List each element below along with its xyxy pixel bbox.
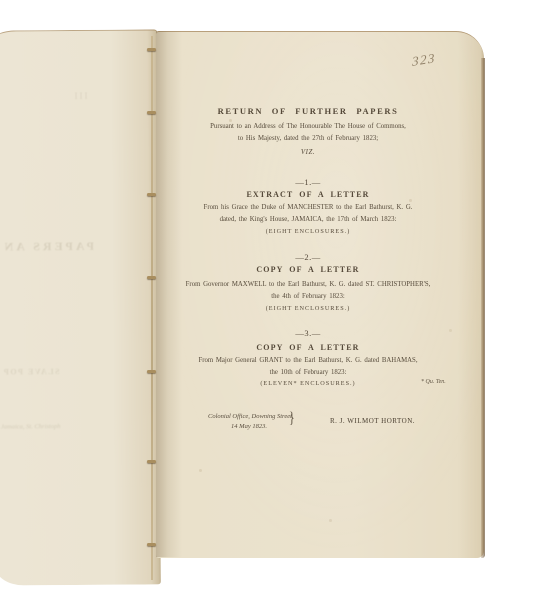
stitch [147, 193, 156, 196]
section-1-line-1: From his Grace the Duke of MANCHESTER to… [144, 204, 472, 211]
address-line-2: to His Majesty, dated the 27th of Februa… [144, 135, 472, 142]
stitch [147, 543, 156, 546]
page-block-edge [481, 58, 485, 558]
foxing-specks [0, 0, 1, 1]
section-1-line-2: dated, the King's House, JAMAICA, the 17… [144, 216, 472, 223]
address-line-1: Pursuant to an Address of The Honourable… [144, 123, 472, 130]
photo-of-open-book: III PAPERS AN SLAVE POP Jamaica, St. Chr… [0, 0, 533, 609]
stitch [147, 48, 156, 51]
stitch [147, 111, 156, 114]
section-1-enclosures: (EIGHT ENCLOSURES.) [144, 228, 472, 235]
viz-label: VIZ. [144, 148, 472, 156]
show-through-text: Jamaica, St. Christoph [1, 423, 61, 430]
brace-glyph: } [289, 410, 295, 428]
show-through-text: SLAVE POP [2, 367, 59, 376]
section-2-enclosures: (EIGHT ENCLOSURES.) [144, 305, 472, 312]
section-3-line-1: From Major General GRANT to the Earl Bat… [144, 357, 472, 364]
section-2-line-2: the 4th of February 1823: [144, 293, 472, 300]
binding-thread [151, 36, 153, 580]
show-through-text: PAPERS AN [2, 239, 95, 255]
show-through-text: III [72, 91, 87, 101]
section-1-number: —1.— [144, 177, 472, 187]
stitch [147, 370, 156, 373]
section-3-heading: COPY OF A LETTER [144, 343, 472, 352]
left-page: III PAPERS AN SLAVE POP Jamaica, St. Chr… [0, 29, 161, 585]
section-3-number: —3.— [144, 328, 472, 338]
handwritten-page-number: 323 [412, 50, 436, 70]
office-dateline-2: 14 May 1823. [208, 423, 290, 430]
section-3-line-2: the 10th of February 1823: [144, 369, 472, 376]
right-page: 323 RETURN OF FURTHER PAPERS Pursuant to… [156, 31, 484, 558]
stitch [147, 276, 156, 279]
signature: R. J. WILMOT HORTON. [330, 417, 415, 425]
section-1-heading: EXTRACT OF A LETTER [144, 190, 472, 199]
marginal-footnote: * Qu. Ten. [421, 379, 446, 385]
section-2-heading: COPY OF A LETTER [144, 265, 472, 274]
section-2-number: —2.— [144, 252, 472, 262]
page-title: RETURN OF FURTHER PAPERS [144, 106, 472, 116]
stitch [147, 460, 156, 463]
section-2-line-1: From Governor MAXWELL to the Earl Bathur… [144, 281, 472, 288]
office-dateline-1: Colonial Office, Downing Street, [208, 413, 294, 420]
